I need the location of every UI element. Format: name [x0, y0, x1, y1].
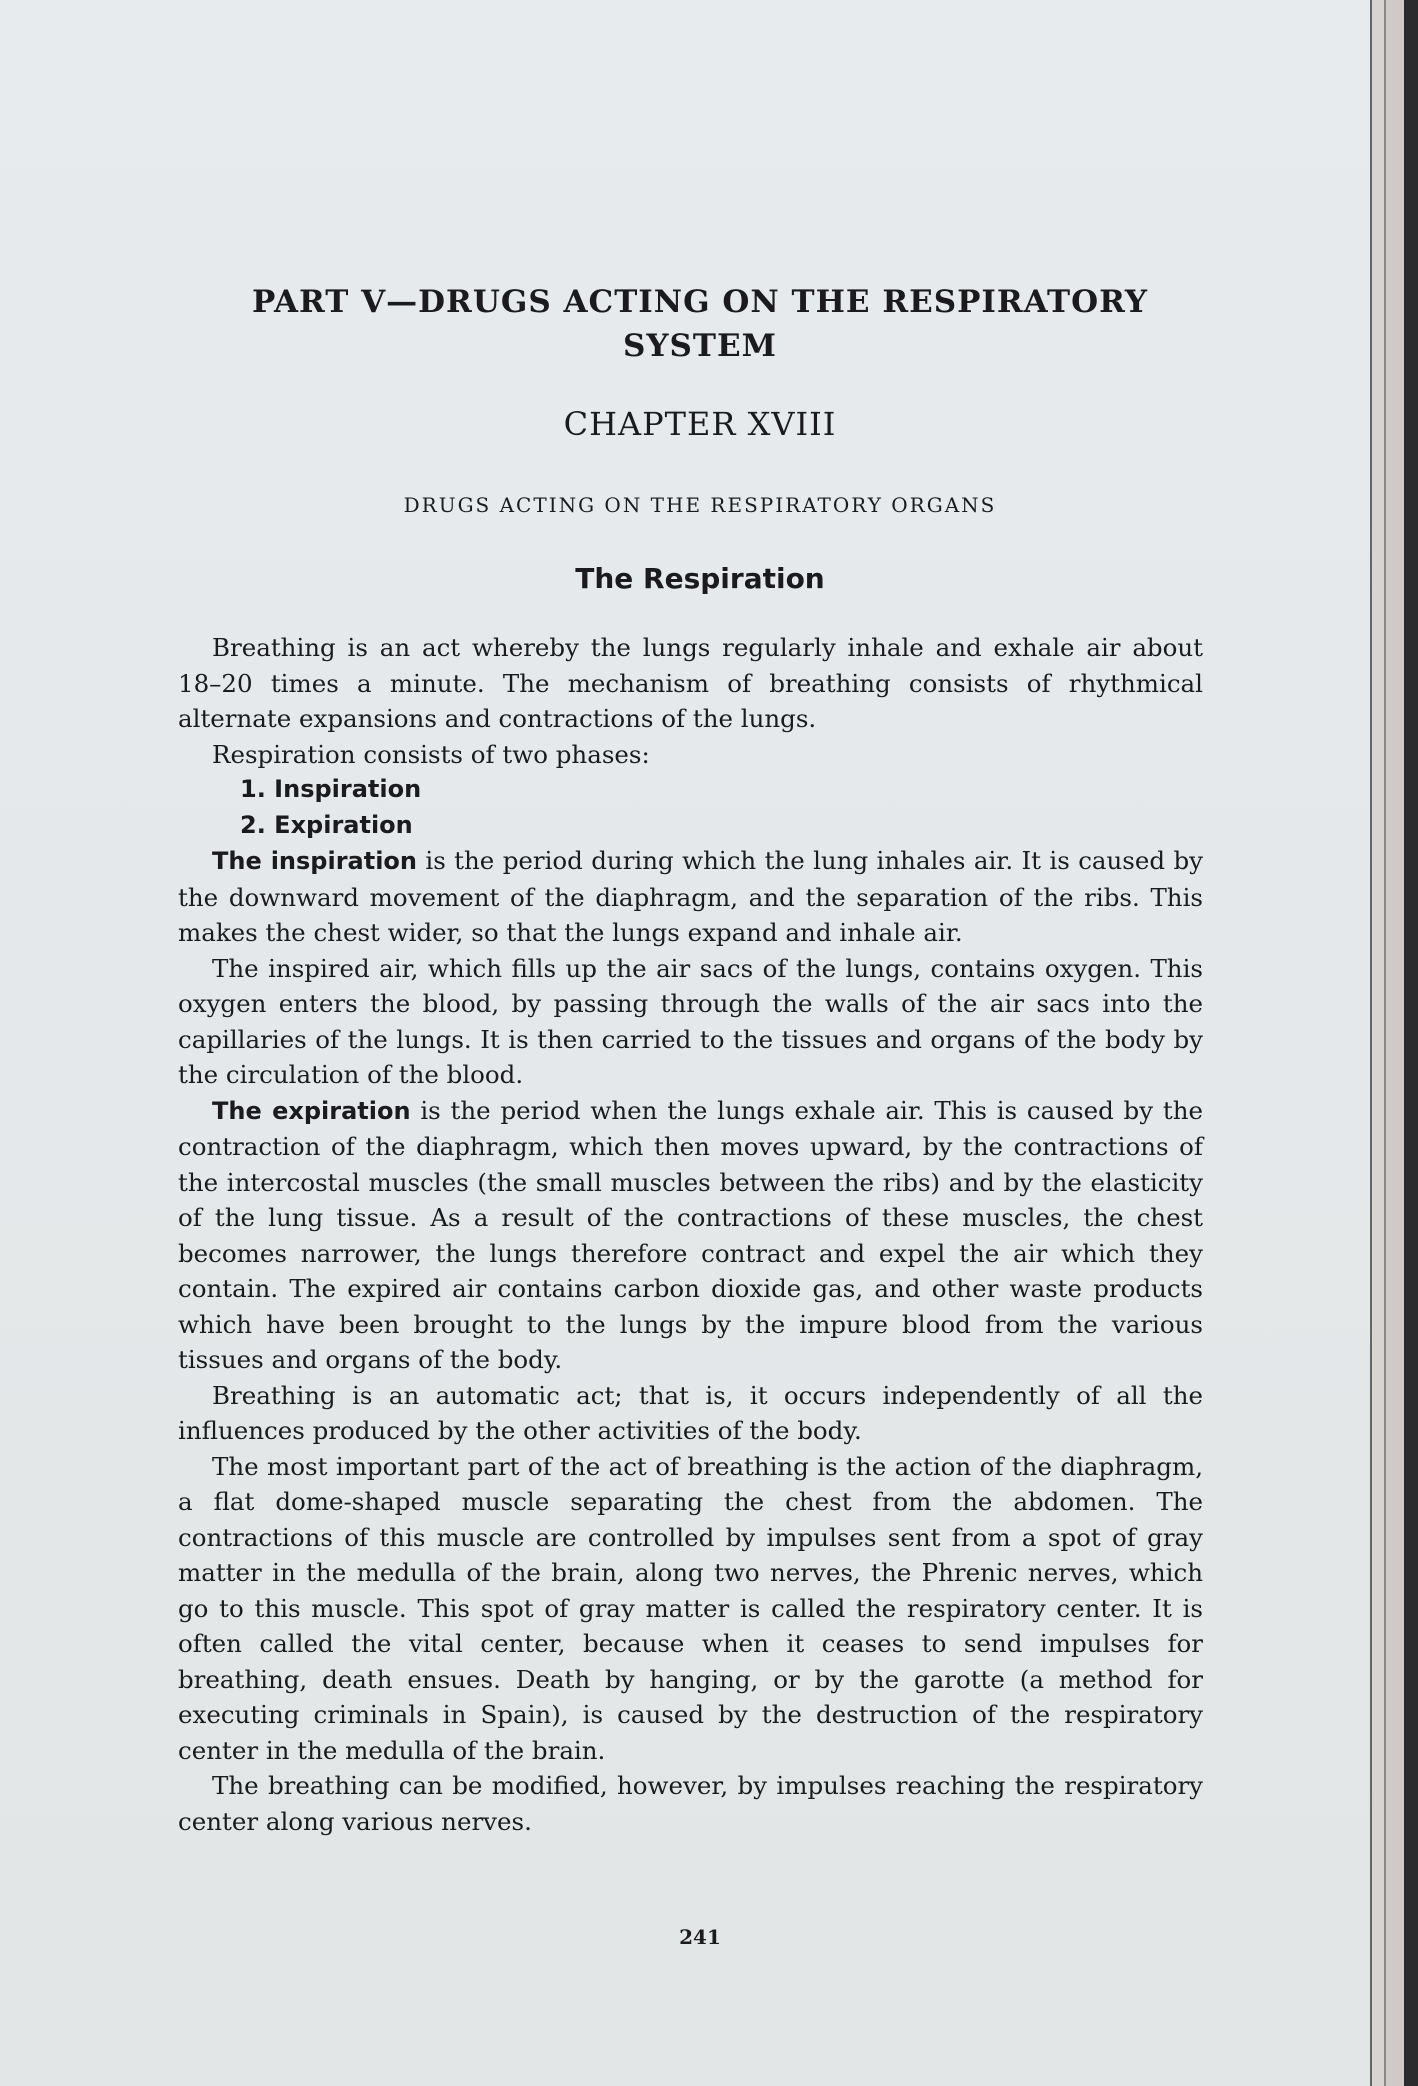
- paragraph: The breathing can be modified, however, …: [178, 1768, 1203, 1839]
- page-stack-edge: [1386, 0, 1404, 2086]
- paragraph: The most important part of the act of br…: [178, 1449, 1203, 1769]
- list-item: 2. Expiration: [178, 808, 1203, 844]
- chapter-subtitle: DRUGS ACTING ON THE RESPIRATORY ORGANS: [200, 493, 1200, 517]
- paragraph-text: is the period when the lungs exhale air.…: [178, 1096, 1203, 1375]
- page-stack-edge: [1372, 0, 1384, 2086]
- paragraph: Breathing is an act whereby the lungs re…: [178, 630, 1203, 737]
- paragraph: The inspired air, which fills up the air…: [178, 951, 1203, 1093]
- part-title-line-1: PART V—DRUGS ACTING ON THE RESPIRATORY: [200, 280, 1200, 324]
- list-item: 1. Inspiration: [178, 772, 1203, 808]
- page-number: 241: [660, 1925, 740, 1949]
- paragraph: The expiration is the period when the lu…: [178, 1093, 1203, 1378]
- bold-term: The expiration: [212, 1097, 411, 1125]
- paragraph: The inspiration is the period during whi…: [178, 843, 1203, 951]
- part-title: PART V—DRUGS ACTING ON THE RESPIRATORY S…: [200, 280, 1200, 368]
- chapter-title: CHAPTER XVIII: [200, 405, 1200, 443]
- body-text: Breathing is an act whereby the lungs re…: [178, 630, 1203, 1839]
- bold-term: The inspiration: [212, 847, 417, 875]
- paragraph: Respiration consists of two phases:: [178, 737, 1203, 773]
- part-title-line-2: SYSTEM: [200, 324, 1200, 368]
- book-cover-edge: [1404, 0, 1418, 2086]
- section-title: The Respiration: [200, 562, 1200, 595]
- paragraph: Breathing is an automatic act; that is, …: [178, 1378, 1203, 1449]
